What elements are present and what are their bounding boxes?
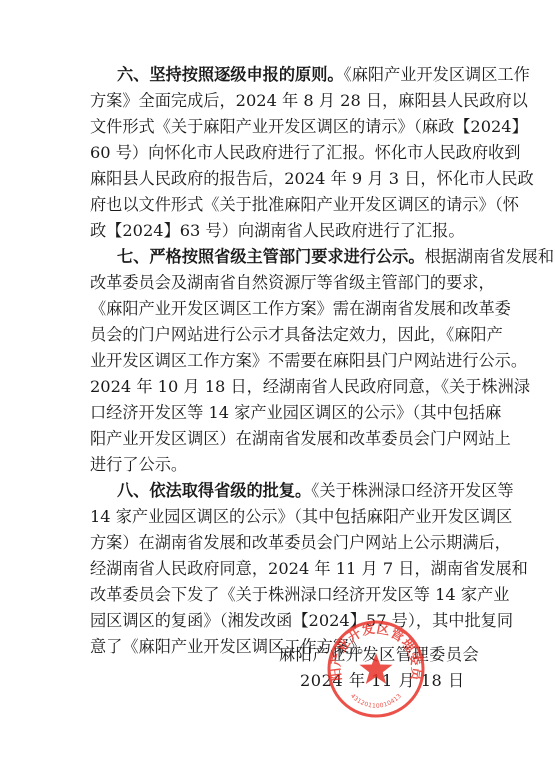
- paragraph-line: 阳产业开发区调区）在湖南省发展和改革委员会门户网站上: [90, 426, 476, 452]
- paragraph-line: 改革委员会下发了《关于株洲渌口经济开发区等 14 家产业: [90, 582, 476, 608]
- paragraph-line: 2024 年 10 月 18 日，经湖南省人民政府同意，《关于株洲渌: [90, 374, 476, 400]
- paragraph-line: 园区调区的复函》（湘发改函【2024】57 号），其中批复同: [90, 608, 476, 634]
- section-heading: 七、严格按照省级主管部门要求进行公示。: [117, 247, 425, 266]
- paragraph-line: 进行了公示。: [90, 452, 476, 478]
- signature-organization: 麻阳产业开发区管理委员会: [279, 642, 479, 668]
- paragraph-line: 改革委员会及湖南省自然资源厅等省级主管部门的要求，: [90, 270, 476, 296]
- paragraph-line: 六、坚持按照逐级申报的原则。《麻阳产业开发区调区工作: [117, 62, 476, 88]
- document-page: 六、坚持按照逐级申报的原则。《麻阳产业开发区调区工作 方案》全面完成后，2024…: [0, 0, 555, 782]
- paragraph-line: 方案）在湖南省发展和改革委员会门户网站上公示期满后，: [90, 530, 476, 556]
- paragraph-line: 60 号）向怀化市人民政府进行了汇报。怀化市人民政府收到: [90, 140, 476, 166]
- paragraph-line: 14 家产业园区调区的公示》（其中包括麻阳产业开发区调区: [90, 504, 476, 530]
- paragraph-line: 业开发区调区工作方案》不需要在麻阳县门户网站进行公示。: [90, 348, 476, 374]
- paragraph-line: 政【2024】63 号）向湖南省人民政府进行了汇报。: [90, 218, 476, 244]
- signature-date: 2024 年 11 月 18 日: [300, 668, 465, 694]
- paragraph-line: 麻阳县人民政府的报告后，2024 年 9 月 3 日，怀化市人民政: [90, 166, 476, 192]
- section-heading: 六、坚持按照逐级申报的原则。: [117, 65, 344, 84]
- paragraph-line: 七、严格按照省级主管部门要求进行公示。根据湖南省发展和: [117, 244, 476, 270]
- paragraph-line: 府也以文件形式《关于批准麻阳产业开发区调区的请示》（怀: [90, 192, 476, 218]
- section-heading: 八、依法取得省级的批复。: [117, 481, 311, 500]
- paragraph-line: 《麻阳产业开发区调区工作方案》需在湖南省发展和改革委: [90, 296, 476, 322]
- paragraph-line: 八、依法取得省级的批复。《关于株洲渌口经济开发区等: [117, 478, 476, 504]
- paragraph-line: 文件形式《关于麻阳产业开发区调区的请示》（麻政【2024】: [90, 114, 476, 140]
- svg-text:43120110010413: 43120110010413: [349, 693, 403, 710]
- paragraph-line: 员会的门户网站进行公示才具备法定效力，因此，《麻阳产: [90, 322, 476, 348]
- paragraph-line: 方案》全面完成后，2024 年 8 月 28 日，麻阳县人民政府以: [90, 88, 476, 114]
- paragraph-line: 口经济开发区等 14 家产业园区调区的公示》（其中包括麻: [90, 400, 476, 426]
- paragraph-line: 经湖南省人民政府同意，2024 年 11 月 7 日，湖南省发展和: [90, 556, 476, 582]
